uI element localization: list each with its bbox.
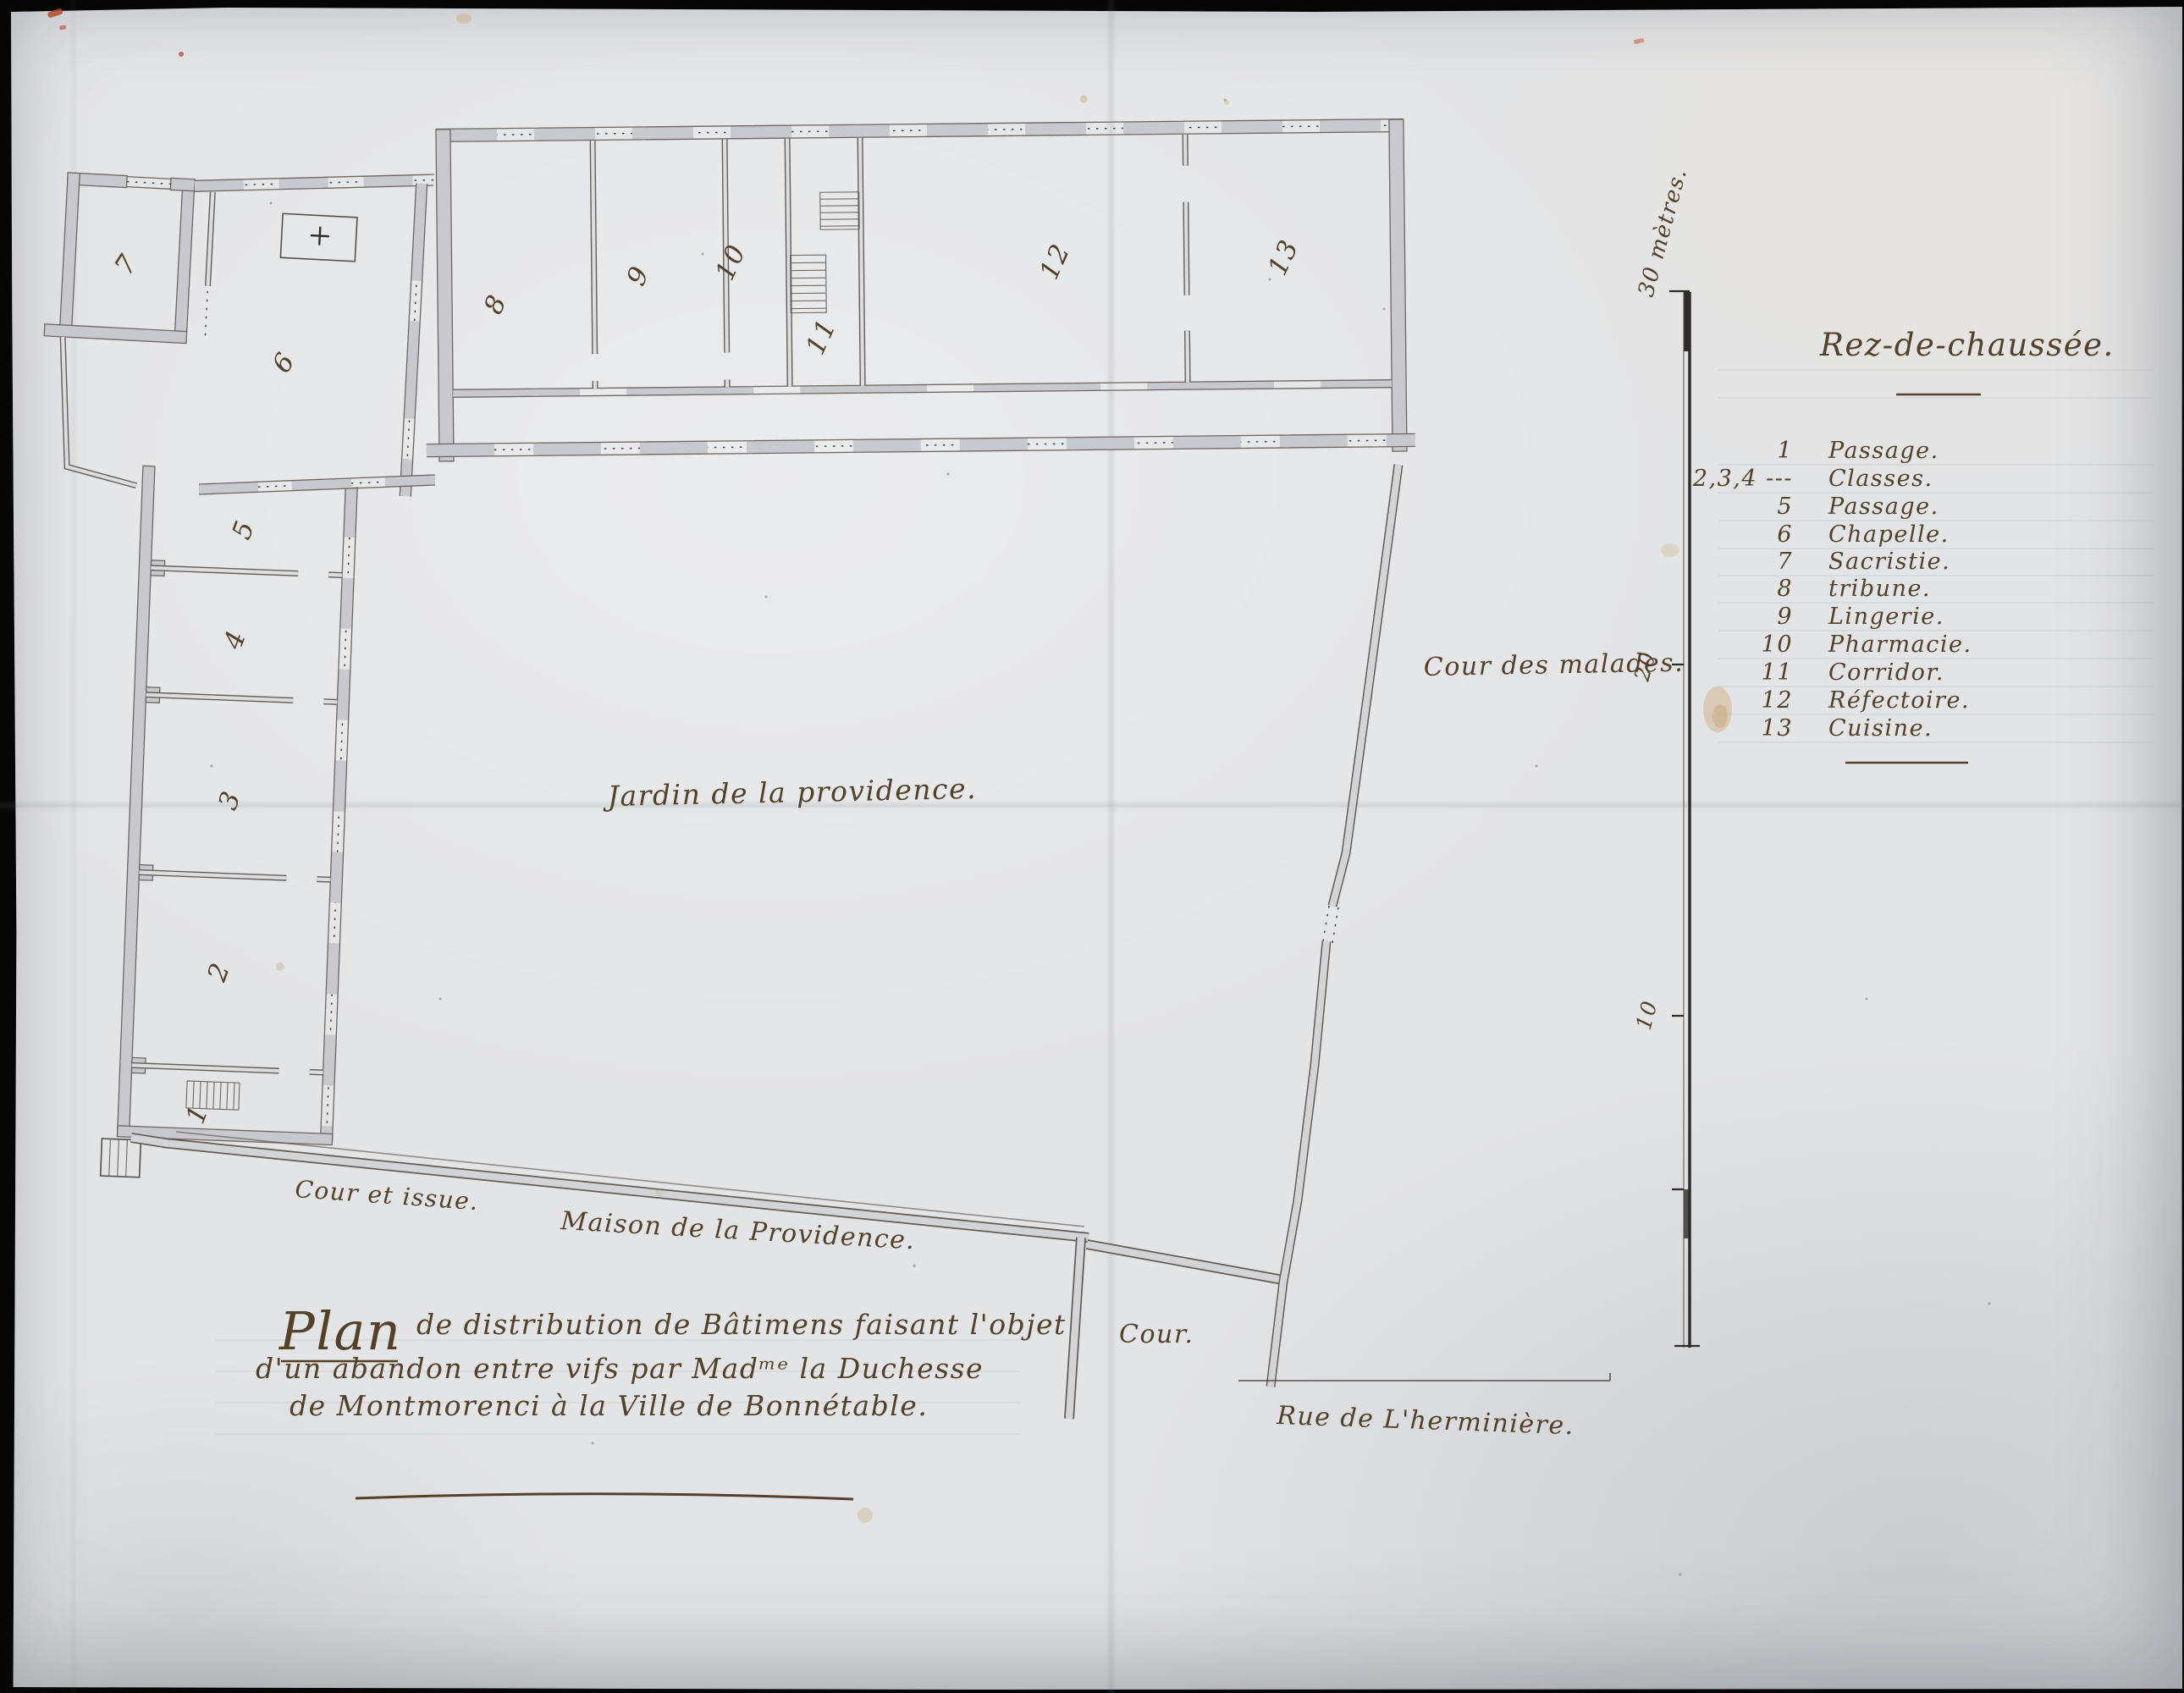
legend-item-label: Classes. [1828,466,1933,492]
title-line3: de Montmorenci à la Ville de Bonnétable. [290,1389,928,1422]
east-gable-wall [1389,119,1407,451]
legend-item-label: Passage. [1828,494,1939,520]
legend-item-number: 10 [1762,631,1793,658]
room-number-13: 13 [1262,234,1304,280]
gate-opening [1323,906,1338,943]
photo-background: 8 9 10 11 12 13 [0,0,2184,1693]
scale-tick-10: 10 [1631,997,1663,1032]
partition-walls [593,135,1188,389]
room-number-10: 10 [709,240,752,285]
chapel-block: 7 6 [36,155,434,501]
legend-item-label: Pharmacie. [1828,631,1972,658]
altar-cross-icon [310,226,329,245]
left-wing: 5 4 3 2 1 [101,466,358,1185]
staircase-icon [790,192,860,313]
west-gable-wall [436,130,454,461]
paper-stains [276,14,1732,1523]
room-number-7: 7 [108,249,144,280]
label-jardin: Jardin de la providence. [602,772,977,813]
scale-bar: 30 mètres. 20 10 [1630,165,1700,1348]
room-number-1: 1 [180,1100,215,1128]
legend-item-label: Corridor. [1828,659,1944,686]
legend-item-label: Cuisine. [1828,715,1933,742]
wing-west-wall [118,466,155,1136]
legend-item-label: Passage. [1828,438,1939,464]
legend-item-number: 2,3,4 --- [1692,466,1793,492]
legend-item-label: Lingerie. [1828,604,1944,630]
title-line1: de distribution de Bâtimens faisant l'ob… [416,1308,1067,1341]
title-closing-rule [356,1494,853,1499]
legend-item-number: 5 [1777,494,1793,520]
room-number-12: 12 [1034,239,1076,284]
room-number-3: 3 [212,786,247,813]
room-number-8: 8 [478,290,514,318]
room-number-5: 5 [226,516,261,543]
legend-item-label: Sacristie. [1828,549,1950,575]
title-line2: d'un abandon entre vifs par Madᵐᵉ la Duc… [256,1352,984,1385]
room-number-2: 2 [201,958,236,986]
label-cour: Cour. [1119,1320,1194,1349]
legend-item-number: 7 [1777,549,1793,575]
pigment-specks [47,8,1645,57]
legend-item-label: tribune. [1828,576,1931,602]
legend-item-label: Chapelle. [1828,521,1950,548]
legend-title: Rez-de-chaussée. [1819,327,2115,363]
room-number-9: 9 [620,262,656,290]
room-number-11: 11 [800,314,842,360]
legend-item-number: 8 [1777,576,1793,602]
label-rue: Rue de L'herminière. [1276,1401,1575,1441]
plan-drawing-svg: 8 9 10 11 12 13 [0,0,2184,1693]
legend-item-number: 1 [1777,438,1793,464]
legend-item-number: 6 [1777,521,1793,548]
room-number-6: 6 [267,347,302,378]
legend-item-number: 9 [1777,604,1793,630]
room-number-4: 4 [218,626,252,653]
scale-top-label: 30 mètres. [1634,165,1692,300]
legend: Rez-de-chaussée. 1 Passage. 2,3,4 --- Cl… [1692,327,2154,763]
legend-item-number: 13 [1762,715,1793,742]
legend-item-number: 12 [1762,687,1793,714]
legend-item-label: Réfectoire. [1828,687,1970,714]
legend-item-number: 11 [1762,659,1793,686]
upper-building: 8 9 10 11 12 13 [423,119,1415,461]
title-block: Plan de distribution de Bâtimens faisant… [216,1300,1067,1499]
label-cour-et-issue: Cour et issue. [295,1175,480,1216]
